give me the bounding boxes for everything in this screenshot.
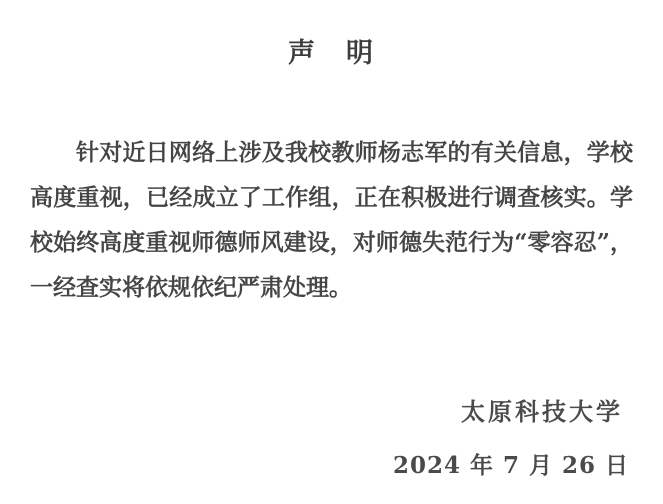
document-title: 声 明 xyxy=(0,0,663,70)
signature-date: 2024 年 7 月 26 日 xyxy=(0,447,629,480)
signature-institution: 太原科技大学 xyxy=(0,392,623,427)
statement-paragraph: 针对近日网络上涉及我校教师杨志军的有关信息，学校高度重视，已经成立了工作组，正在… xyxy=(30,130,633,310)
statement-document: 声 明 针对近日网络上涉及我校教师杨志军的有关信息，学校高度重视，已经成立了工作… xyxy=(0,0,663,504)
